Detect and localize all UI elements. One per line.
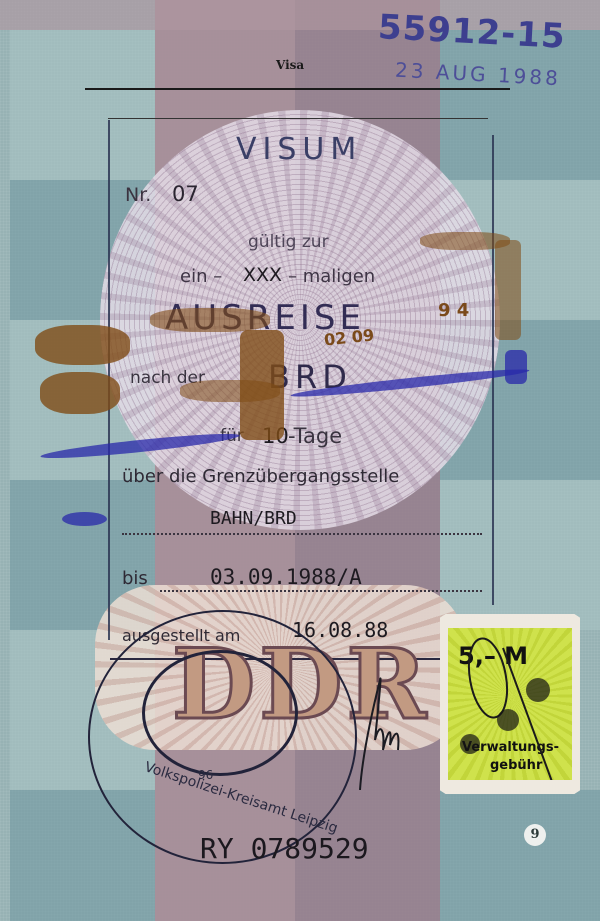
exit-stamp-ink [35,325,130,365]
exit-stamp-ink [180,380,280,402]
paper-pattern-tile [440,480,600,630]
until-line [160,590,482,592]
trips-value: XXX [243,264,282,286]
fee-revenue-stamp: 5,– M Verwaltungs- gebühr [440,614,580,794]
passport-serial-number: RY 0789529 [200,832,369,865]
header-label: Visa [276,58,304,72]
crossing-value: BAHN/BRD [210,508,297,529]
fee-stamp-face: 5,– M Verwaltungs- gebühr [448,628,572,780]
blue-ink-signature [62,512,107,526]
page-number: 9 [524,824,546,846]
exit-stamp-ink [40,372,120,414]
paper-pattern-tile [440,790,600,921]
trips-prefix: ein – [180,266,222,287]
fee-stamp-cancellation [448,628,572,780]
exit-stamp-digits: 9 4 [438,300,469,321]
seal-number: 96 [198,768,213,782]
exit-stamp-ink [150,308,270,332]
duration-suffix: -Tage [288,424,342,448]
visa-number-value: 07 [172,182,199,206]
until-label: bis [122,568,148,589]
crossing-label: über die Grenzübergangsstelle [122,466,399,487]
official-seal-inner [142,650,298,776]
blue-ink-signature [505,350,527,384]
visa-frame-top [108,118,488,119]
visa-title: VISUM [236,132,362,167]
visa-number-label: Nr. [125,184,151,206]
signature [320,660,410,790]
crossing-line [122,533,482,535]
passport-page: Visa 55912-15 23 AUG 1988 VISUM Nr. 07 g… [0,0,600,921]
valid-for-label: gültig zur [248,232,329,252]
trips-suffix: – maligen [288,266,375,287]
paper-pattern-tile [10,30,155,180]
header-rule [85,88,510,90]
until-value: 03.09.1988/A [210,565,362,589]
exit-stamp-ink [495,240,521,340]
